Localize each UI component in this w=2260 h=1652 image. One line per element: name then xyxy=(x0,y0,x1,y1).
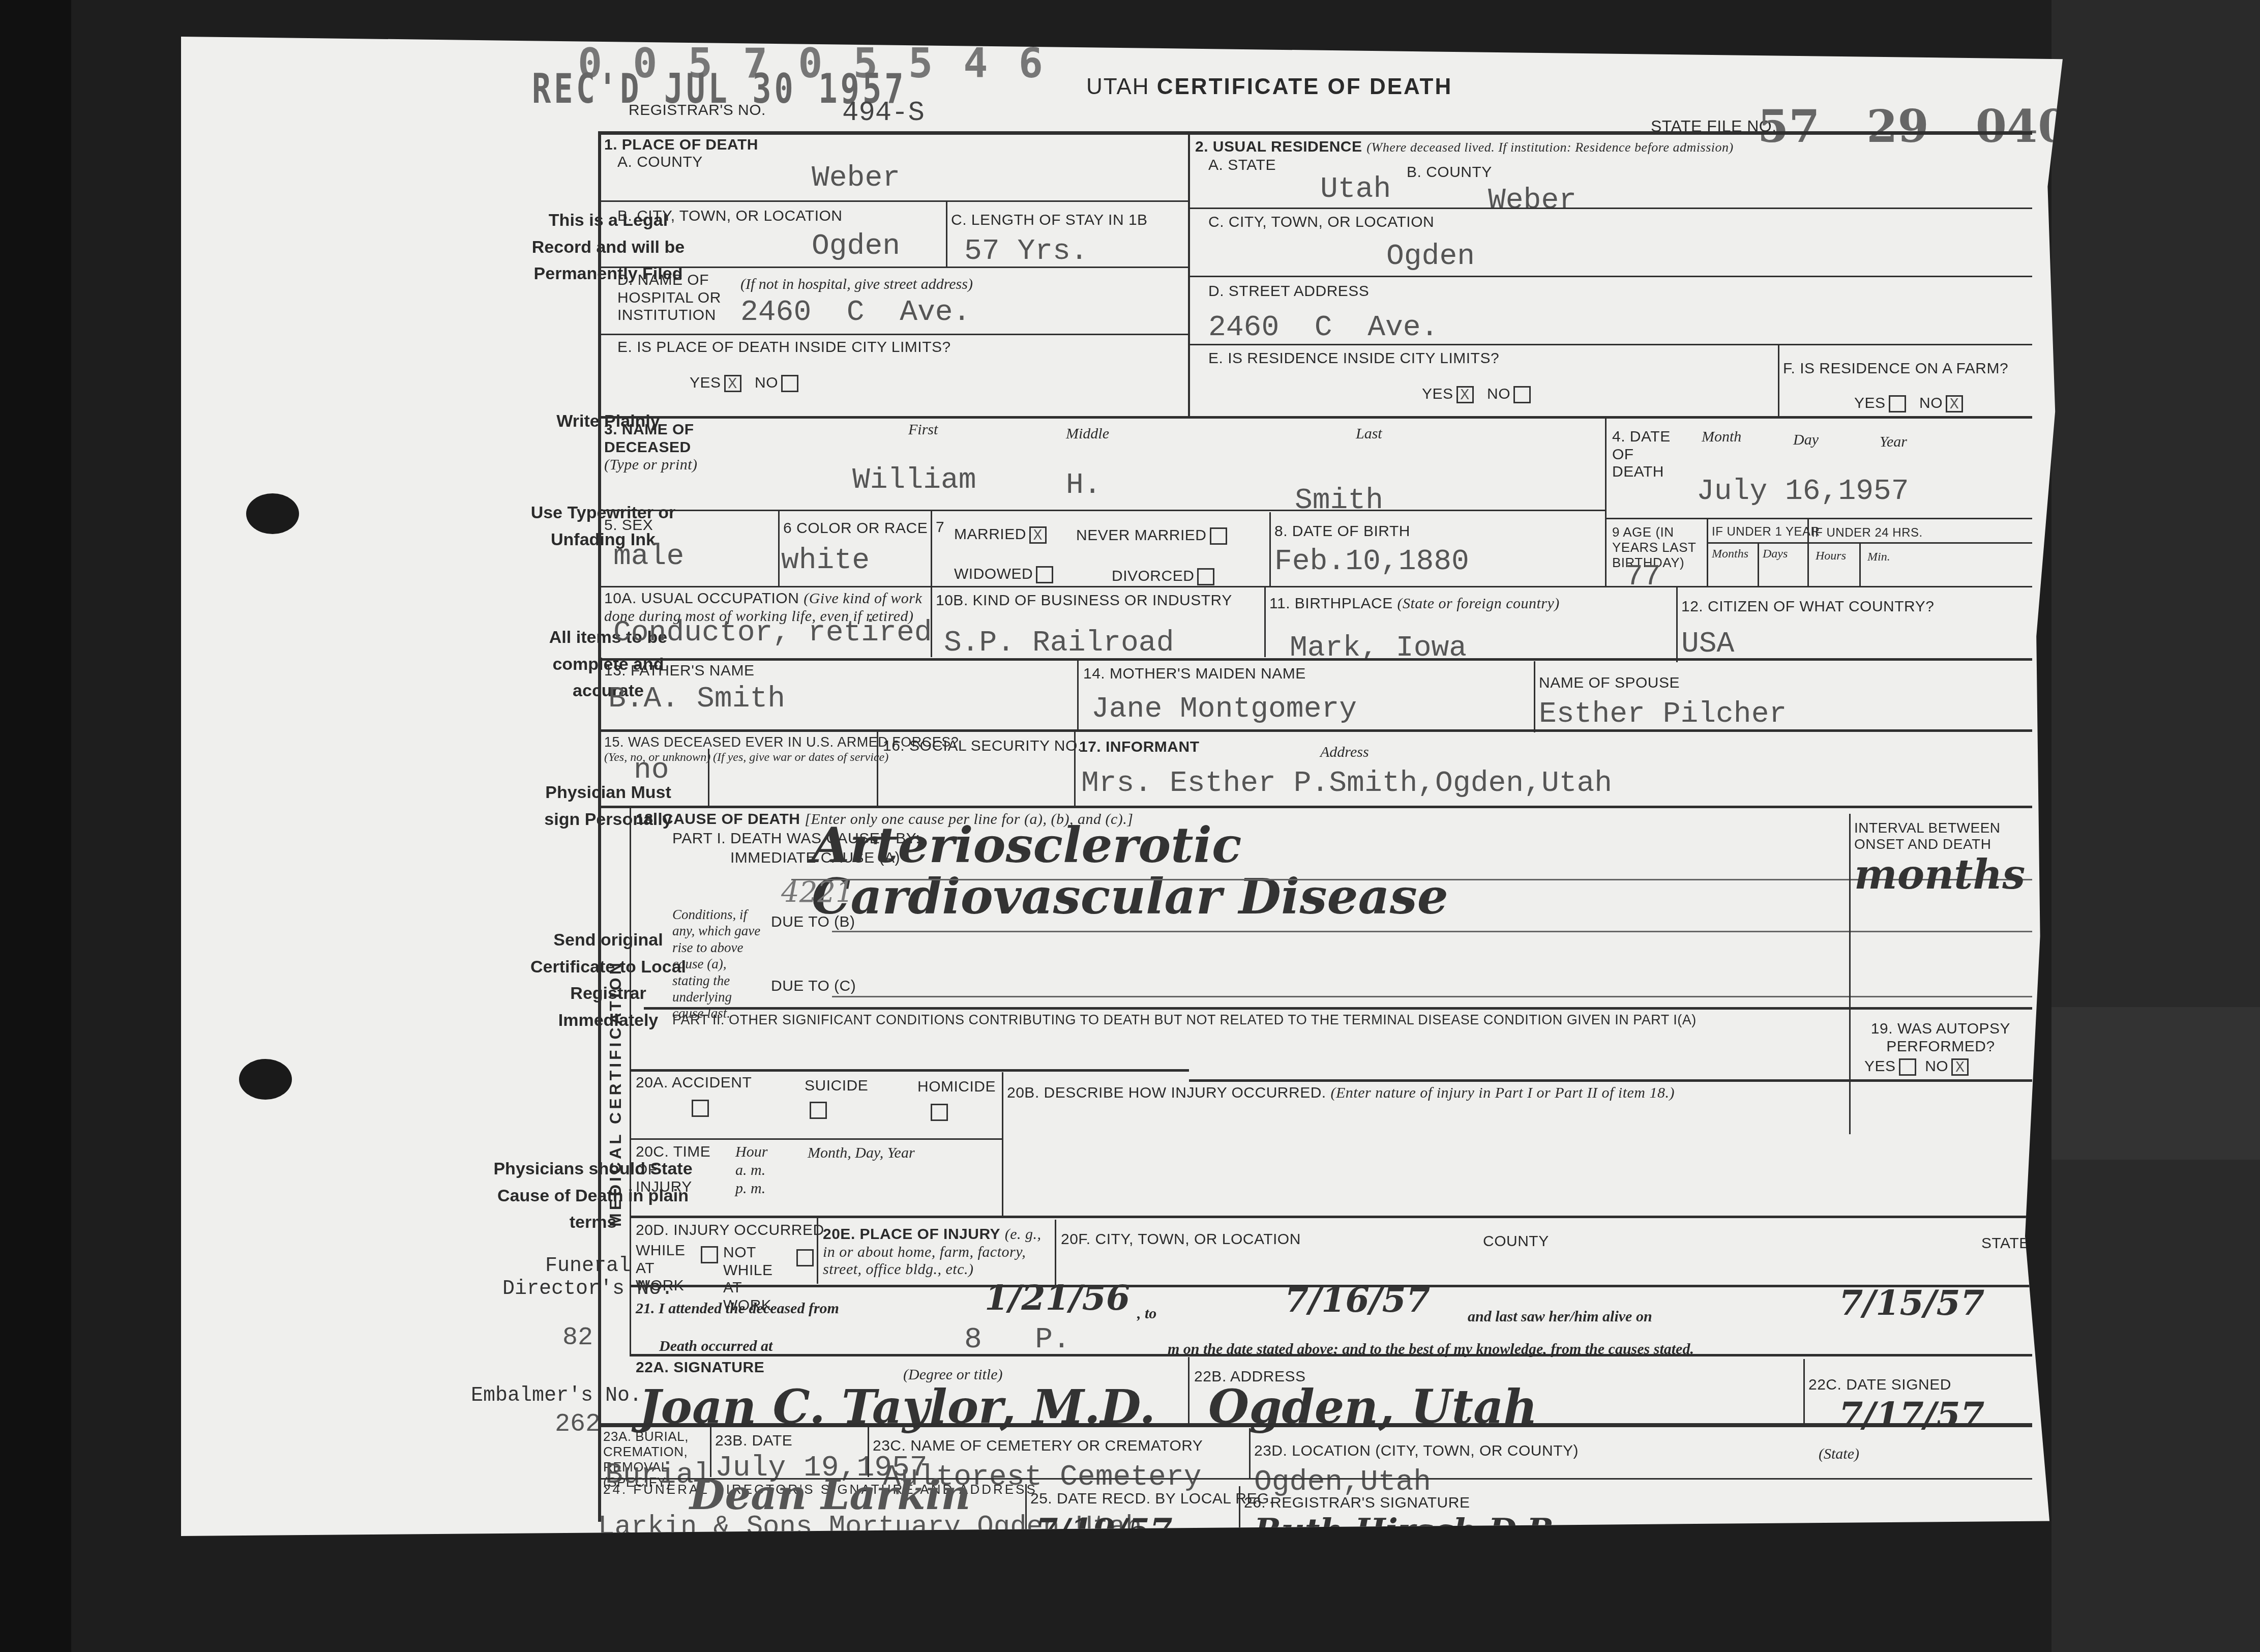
punch-hole-bottom xyxy=(239,1059,292,1100)
col-divider xyxy=(1849,814,1851,1134)
injury-county-label: COUNTY xyxy=(1483,1233,1549,1251)
burial-state-label: (State) xyxy=(1819,1445,1859,1463)
deceased-name-label: 3. NAME OF DECEASED(Type or print) xyxy=(604,421,706,474)
col-divider xyxy=(1264,586,1266,657)
under-24-hrs-label: IF UNDER 24 HRS. xyxy=(1811,526,1923,540)
date-recd-label: 25. DATE RECD. BY LOCAL REG. xyxy=(1030,1490,1274,1508)
row-divider xyxy=(598,510,1605,511)
col-divider xyxy=(1249,1428,1251,1479)
col-divider xyxy=(1025,1484,1027,1545)
due-to-b-line xyxy=(832,931,2032,932)
embalmer-no-label: Embalmer's No. xyxy=(471,1384,642,1407)
form-bottom-border xyxy=(598,1542,2032,1546)
residence-state-value: Utah xyxy=(1320,173,1391,206)
race-value: white xyxy=(781,544,870,577)
row-divider xyxy=(1188,208,2032,209)
title-state: UTAH xyxy=(1086,74,1150,99)
homicide-checkbox[interactable] xyxy=(931,1104,948,1121)
signature-label: 22a. SIGNATURE xyxy=(636,1359,764,1377)
due-to-b-label: DUE TO (b) xyxy=(771,913,855,931)
cemetery-label: 23c. NAME OF CEMETERY OR CREMATORY xyxy=(873,1437,1203,1455)
informant-label: 17. INFORMANT xyxy=(1079,739,1200,756)
medical-certification-label: MEDICAL CERTIFICATION xyxy=(606,960,625,1227)
first-name-label: First xyxy=(908,421,938,438)
spouse-label: NAME OF SPOUSE xyxy=(1539,674,1680,692)
col-divider xyxy=(1074,729,1076,806)
autopsy-label: 19. WAS AUTOPSY PERFORMED? xyxy=(1854,1020,2027,1055)
hospital-label: d. NAME OF HOSPITAL OR INSTITUTION xyxy=(617,272,729,324)
col-divider xyxy=(710,1426,711,1477)
death-certificate: 0 0 5 7 0 5 5 4 6 REC'D JUL 30 1957 REGI… xyxy=(181,37,2063,1536)
burial-location-label: 23d. LOCATION (City, town, or county) xyxy=(1254,1442,1579,1460)
row-divider xyxy=(598,658,2032,661)
date-of-death-label: 4. DATE OF DEATH xyxy=(1612,428,1673,481)
first-name-value: William xyxy=(852,464,976,497)
attended-label: 21. I attended the deceased from xyxy=(636,1300,839,1317)
min-label: Min. xyxy=(1867,550,1890,564)
business-label: 10b. KIND OF BUSINESS OR INDUSTRY xyxy=(936,592,1232,610)
city-limits-no-checkbox[interactable] xyxy=(781,375,798,392)
cause-code-note: 4221 xyxy=(781,876,854,909)
form-top-border xyxy=(598,131,2032,135)
death-county-value: Weber xyxy=(812,162,900,195)
last-saw-label: and last saw her/him alive on xyxy=(1468,1308,1652,1325)
sex-value: male xyxy=(613,540,684,573)
form-left-border xyxy=(598,131,601,1522)
col-divider xyxy=(1239,1486,1240,1547)
race-label: 6 COLOR OR RACE xyxy=(783,520,928,538)
title-main: CERTIFICATE OF DEATH xyxy=(1157,74,1452,99)
ssn-label: 16. SOCIAL SECURITY NO. xyxy=(883,737,1082,755)
father-value: B.A. Smith xyxy=(608,683,785,716)
row-divider xyxy=(598,334,1188,335)
row-divider xyxy=(1189,1079,2032,1082)
autopsy-options: YES NOX xyxy=(1864,1058,1969,1076)
citizen-value: USA xyxy=(1681,628,1734,661)
row-divider xyxy=(598,806,2032,808)
residence-city-limits: YESX NO xyxy=(1422,386,1531,403)
widowed-checkbox[interactable] xyxy=(1036,566,1053,583)
informant-address-label: Address xyxy=(1320,744,1369,761)
col-divider xyxy=(1707,518,1708,586)
months-label: Months xyxy=(1712,547,1748,561)
marital-label: 7 xyxy=(936,519,944,537)
armed-forces-value: no xyxy=(634,754,669,787)
city-limits-label: e. IS PLACE OF DEATH INSIDE CITY LIMITS? xyxy=(617,339,951,357)
suicide-label: SUICIDE xyxy=(805,1077,868,1095)
col-divider xyxy=(1188,1357,1190,1423)
death-occurred-label: Death occurred at xyxy=(659,1338,772,1355)
middle-name-label: Middle xyxy=(1066,425,1109,442)
medical-side-divider xyxy=(630,806,631,1355)
last-name-label: Last xyxy=(1356,425,1382,442)
injury-description-label: 20b. DESCRIBE HOW INJURY OCCURRED. (Ente… xyxy=(1007,1084,1675,1102)
col-divider xyxy=(1605,418,1607,586)
col-divider xyxy=(708,749,709,806)
injury-state-label: STATE xyxy=(1981,1235,2030,1253)
spouse-value: Esther Pilcher xyxy=(1539,698,1787,731)
length-of-stay-value: 57 Yrs. xyxy=(964,235,1088,268)
date-signed-label: 22c. DATE SIGNED xyxy=(1808,1376,1951,1394)
hospital-hint: (If not in hospital, give street address… xyxy=(740,276,973,293)
row-divider xyxy=(630,1138,1002,1140)
row-divider xyxy=(598,200,1188,202)
row-divider xyxy=(598,267,1188,268)
mother-value: Jane Montgomery xyxy=(1091,693,1357,726)
part2-label: PART II. OTHER SIGNIFICANT CONDITIONS CO… xyxy=(672,1012,1697,1028)
length-of-stay-label: c. LENGTH OF STAY IN 1b xyxy=(951,212,1148,229)
col-divider xyxy=(1859,542,1861,586)
registrar-signature-label: 26. REGISTRAR'S SIGNATURE xyxy=(1244,1494,1470,1512)
divider-1-2 xyxy=(1188,131,1190,416)
last-saw-value: 7/15/57 xyxy=(1839,1283,1984,1323)
burial-date-label: 23b. DATE xyxy=(715,1432,792,1450)
col-divider xyxy=(1778,344,1779,416)
suicide-checkbox[interactable] xyxy=(810,1102,827,1119)
date-signed-value: 7/17/57 xyxy=(1839,1395,1984,1435)
residence-farm: YES NOX xyxy=(1854,395,1963,412)
col-divider xyxy=(1077,658,1079,729)
row-divider xyxy=(1605,518,2032,519)
registrar-no-value: 494-S xyxy=(842,98,925,129)
divorced-checkbox[interactable] xyxy=(1197,568,1214,585)
col-divider xyxy=(931,586,932,657)
scan-background-band xyxy=(2051,1007,2260,1160)
sex-label: 5. SEX xyxy=(604,517,653,535)
col-divider xyxy=(1269,512,1271,586)
residence-state-label: a. STATE xyxy=(1208,157,1276,174)
city-label: b. CITY, TOWN, OR LOCATION xyxy=(617,208,843,225)
col-divider xyxy=(868,1426,869,1477)
col-divider xyxy=(946,200,947,267)
mother-label: 14. MOTHER'S MAIDEN NAME xyxy=(1083,665,1306,683)
residence-street-value: 2460 C Ave. xyxy=(1208,311,1438,344)
attended-from-value: 1/21/56 xyxy=(985,1278,1130,1318)
autopsy-no-checkbox[interactable]: X xyxy=(1951,1058,1969,1076)
row-divider xyxy=(1188,344,2032,345)
col-divider xyxy=(1758,542,1759,586)
death-city-value: Ogden xyxy=(812,230,900,263)
street-address-label: d. STREET ADDRESS xyxy=(1208,283,1369,301)
residence-city-limits-label: e. IS RESIDENCE INSIDE CITY LIMITS? xyxy=(1208,350,1499,368)
residence-city-limits-yes-checkbox[interactable]: X xyxy=(1456,386,1474,403)
col-divider xyxy=(1534,661,1535,732)
citizen-label: 12. CITIZEN OF WHAT COUNTRY? xyxy=(1681,598,1934,616)
punch-hole-top xyxy=(246,493,299,534)
attended-to-label: , to xyxy=(1137,1305,1156,1322)
col-divider xyxy=(1002,1072,1003,1218)
row-divider xyxy=(630,1354,2032,1356)
hours-label: Hours xyxy=(1816,549,1846,563)
due-to-c-label: DUE TO (c) xyxy=(771,978,856,995)
col-divider xyxy=(817,1218,818,1284)
am-label: a. m. xyxy=(735,1162,765,1179)
form-title: UTAH CERTIFICATE OF DEATH xyxy=(1086,74,1452,100)
row-divider xyxy=(630,1216,2032,1218)
county-label: a. COUNTY xyxy=(617,154,703,171)
mdy-label: Month, Day, Year xyxy=(808,1144,915,1162)
birthplace-label: 11. BIRTHPLACE (State or foreign country… xyxy=(1269,595,1560,613)
farm-yes-checkbox[interactable] xyxy=(1889,395,1906,412)
injury-city-label: 20f. CITY, TOWN, OR LOCATION xyxy=(1061,1231,1301,1249)
col-divider xyxy=(877,729,878,806)
col-divider xyxy=(1055,1220,1056,1286)
residence-city-value: Ogden xyxy=(1386,240,1475,273)
registrar-signature: Ruth Hirsch D.R. xyxy=(1254,1512,1565,1550)
residence-city-limits-no-checkbox[interactable] xyxy=(1513,386,1531,403)
conditions-hint: Conditions, if any, which gave rise to a… xyxy=(672,906,764,1022)
age-value: 77 xyxy=(1625,560,1661,594)
residence-city-label: c. CITY, TOWN, OR LOCATION xyxy=(1208,214,1434,231)
time-of-injury-label: 20c. TIME OF INJURY xyxy=(636,1143,712,1196)
col-divider xyxy=(778,510,780,586)
date-of-death-value: July 16,1957 xyxy=(1697,475,1909,508)
col-divider xyxy=(931,510,932,586)
pm-label: p. m. xyxy=(735,1180,765,1197)
month-label: Month xyxy=(1702,428,1741,446)
col-divider xyxy=(1807,518,1809,586)
registrar-no-label: REGISTRAR'S NO. xyxy=(629,102,766,120)
death-time-value: 8 P. xyxy=(964,1323,1070,1356)
accident-label: 20a. ACCIDENT xyxy=(636,1074,752,1092)
homicide-label: HOMICIDE xyxy=(917,1078,996,1096)
row-divider xyxy=(598,586,2032,587)
injury-occurred-label: 20d. INJURY OCCURRED xyxy=(636,1222,824,1240)
divorced-option: DIVORCED xyxy=(1112,568,1214,585)
middle-name-value: H. xyxy=(1066,469,1102,502)
date-recd-value: 7/19/57 xyxy=(1035,1512,1172,1550)
place-of-injury-label: 20e. PLACE OF INJURY (e. g., in or about… xyxy=(823,1226,1047,1279)
attended-to-value: 7/16/57 xyxy=(1285,1280,1430,1320)
hour-label: Hour xyxy=(735,1143,767,1161)
row-divider xyxy=(1188,276,2032,277)
state-file-number: 57 29 0400 xyxy=(1758,100,2100,153)
autopsy-yes-checkbox[interactable] xyxy=(1899,1058,1916,1076)
funeral-director-no-value: 82 xyxy=(481,1323,674,1352)
row-divider xyxy=(598,416,2032,419)
business-value: S.P. Railroad xyxy=(944,627,1174,660)
row-divider xyxy=(598,729,2032,732)
day-label: Day xyxy=(1793,431,1819,449)
while-at-work-checkbox[interactable] xyxy=(701,1246,718,1263)
not-while-at-work-checkbox[interactable] xyxy=(796,1249,814,1266)
dob-value: Feb.10,1880 xyxy=(1274,545,1469,578)
married-option: MARRIEDX xyxy=(954,526,1047,544)
residence-county-label: b. COUNTY xyxy=(1407,164,1492,182)
city-limits-yes-checkbox[interactable]: X xyxy=(724,375,741,392)
father-label: 13. FATHER'S NAME xyxy=(604,662,754,680)
place-of-death-label: 1. PLACE OF DEATH xyxy=(604,136,758,154)
farm-label: f. IS RESIDENCE ON A FARM? xyxy=(1783,360,2008,378)
farm-no-checkbox[interactable]: X xyxy=(1946,395,1963,412)
due-to-c-line xyxy=(832,996,2032,997)
never-married-option: NEVER MARRIED xyxy=(1076,527,1227,545)
usual-residence-label: 2. USUAL RESIDENCE (Where deceased lived… xyxy=(1195,138,1734,156)
scan-background-right xyxy=(2051,0,2260,1652)
col-divider xyxy=(1803,1359,1805,1425)
armed-forces-hint-2: (If yes, give war or dates of service) xyxy=(713,751,888,764)
death-city-limits: YESX NO xyxy=(690,374,798,392)
days-label: Days xyxy=(1763,547,1788,561)
immediate-cause-value: Arteriosclerotic Cardiovascular Disease xyxy=(812,820,1513,923)
last-name-value: Smith xyxy=(1295,484,1383,517)
accident-checkbox[interactable] xyxy=(692,1100,709,1117)
row-divider xyxy=(598,1423,2032,1427)
interval-label: INTERVAL BETWEEN ONSET AND DEATH xyxy=(1854,820,2027,852)
married-checkbox[interactable]: X xyxy=(1029,526,1047,544)
row-divider xyxy=(630,1069,1189,1072)
occupation-value: Conductor, retired xyxy=(613,616,932,650)
never-married-checkbox[interactable] xyxy=(1210,527,1227,545)
under-1-year-label: IF UNDER 1 YEAR xyxy=(1712,525,1820,539)
residence-county-value: Weber xyxy=(1488,184,1577,217)
dob-label: 8. DATE OF BIRTH xyxy=(1274,523,1410,541)
scan-background-left xyxy=(0,0,71,1652)
widowed-option: WIDOWED xyxy=(954,566,1053,583)
cause-a-line xyxy=(791,879,2032,880)
death-address-value: 2460 C Ave. xyxy=(740,296,970,329)
row-divider xyxy=(1707,542,2032,544)
informant-value: Mrs. Esther P.Smith,Ogden,Utah xyxy=(1081,767,1612,800)
interval-value: months xyxy=(1854,850,2025,898)
row-divider xyxy=(644,1007,2032,1010)
col-divider xyxy=(1676,586,1678,662)
year-label: Year xyxy=(1880,433,1907,451)
